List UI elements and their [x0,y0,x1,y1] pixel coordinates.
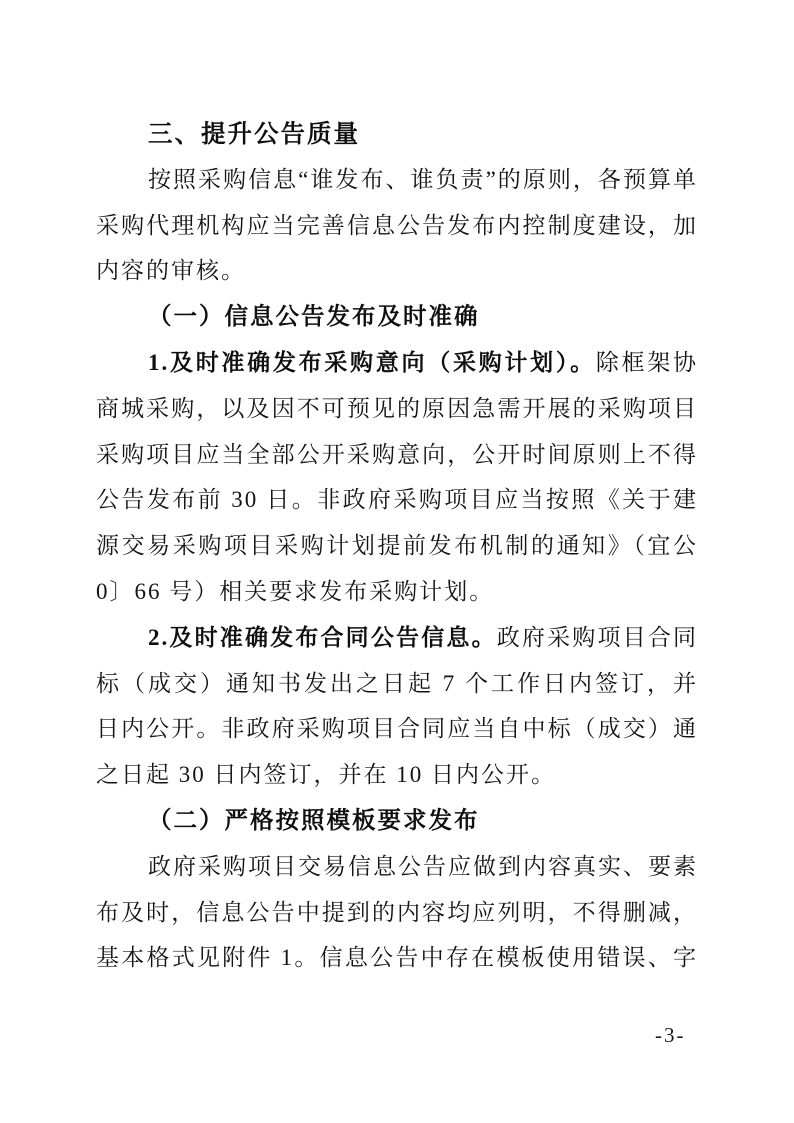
section-heading: 三、提升公告质量 [96,111,698,157]
page-number: -3- [655,1022,686,1048]
subsection-heading-2: （二）严格按照模板要求发布 [96,798,698,844]
paragraph-line: 标（成交）通知书发出之日起 7 个工作日内签订，并在 2 个工作 [96,661,698,707]
numbered-point-1-lead: 1.及时准确发布采购意向（采购计划）。 [148,350,596,375]
paragraph-line: 采购代理机构应当完善信息公告发布内控制度建设，加强对公告 [96,203,698,249]
subsection-heading-1: （一）信息公告发布及时准确 [96,294,698,340]
paragraph-line: 0〕66 号）相关要求发布采购计划。 [96,569,698,615]
document-body: 三、提升公告质量 按照采购信息“谁发布、谁负责”的原则，各预算单位、各 采购代理… [96,111,698,981]
paragraph-line: 日内公开。非政府采购项目合同应当自中标（成交）通知书发出 [96,706,698,752]
paragraph-line: 布及时，信息公告中提到的内容均应列明，不得删减，信息公告 [96,890,698,936]
paragraph-line: 公告发布前 30 日。非政府采购项目应当按照《关于建立公共资 [96,477,698,523]
paragraph-line: 按照采购信息“谁发布、谁负责”的原则，各预算单位、各 [96,157,698,203]
paragraph-line: 内容的审核。 [96,248,698,294]
paragraph-line: 1.及时准确发布采购意向（采购计划）。除框架协议、网上 [96,340,698,386]
paragraph-line: 2.及时准确发布合同公告信息。政府采购项目合同应当自中 [96,615,698,661]
numbered-point-2-lead: 2.及时准确发布合同公告信息。 [148,625,497,650]
paragraph-line: 源交易采购项目采购计划提前发布机制的通知》（宜公管〔202 [96,523,698,569]
paragraph-line: 商城采购，以及因不可预见的原因急需开展的采购项目外，政府 [96,386,698,432]
paragraph-line: 基本格式见附件 1。信息公告中存在模板使用错误、字体字号不 [96,935,698,981]
document-page: 三、提升公告质量 按照采购信息“谁发布、谁负责”的原则，各预算单位、各 采购代理… [0,0,794,1123]
paragraph-line: 政府采购项目交易信息公告应做到内容真实、要素齐全、发 [96,844,698,890]
paragraph-line: 之日起 30 日内签订，并在 10 日内公开。 [96,752,698,798]
paragraph-line: 采购项目应当全部公开采购意向，公开时间原则上不得晚于采购 [96,432,698,478]
